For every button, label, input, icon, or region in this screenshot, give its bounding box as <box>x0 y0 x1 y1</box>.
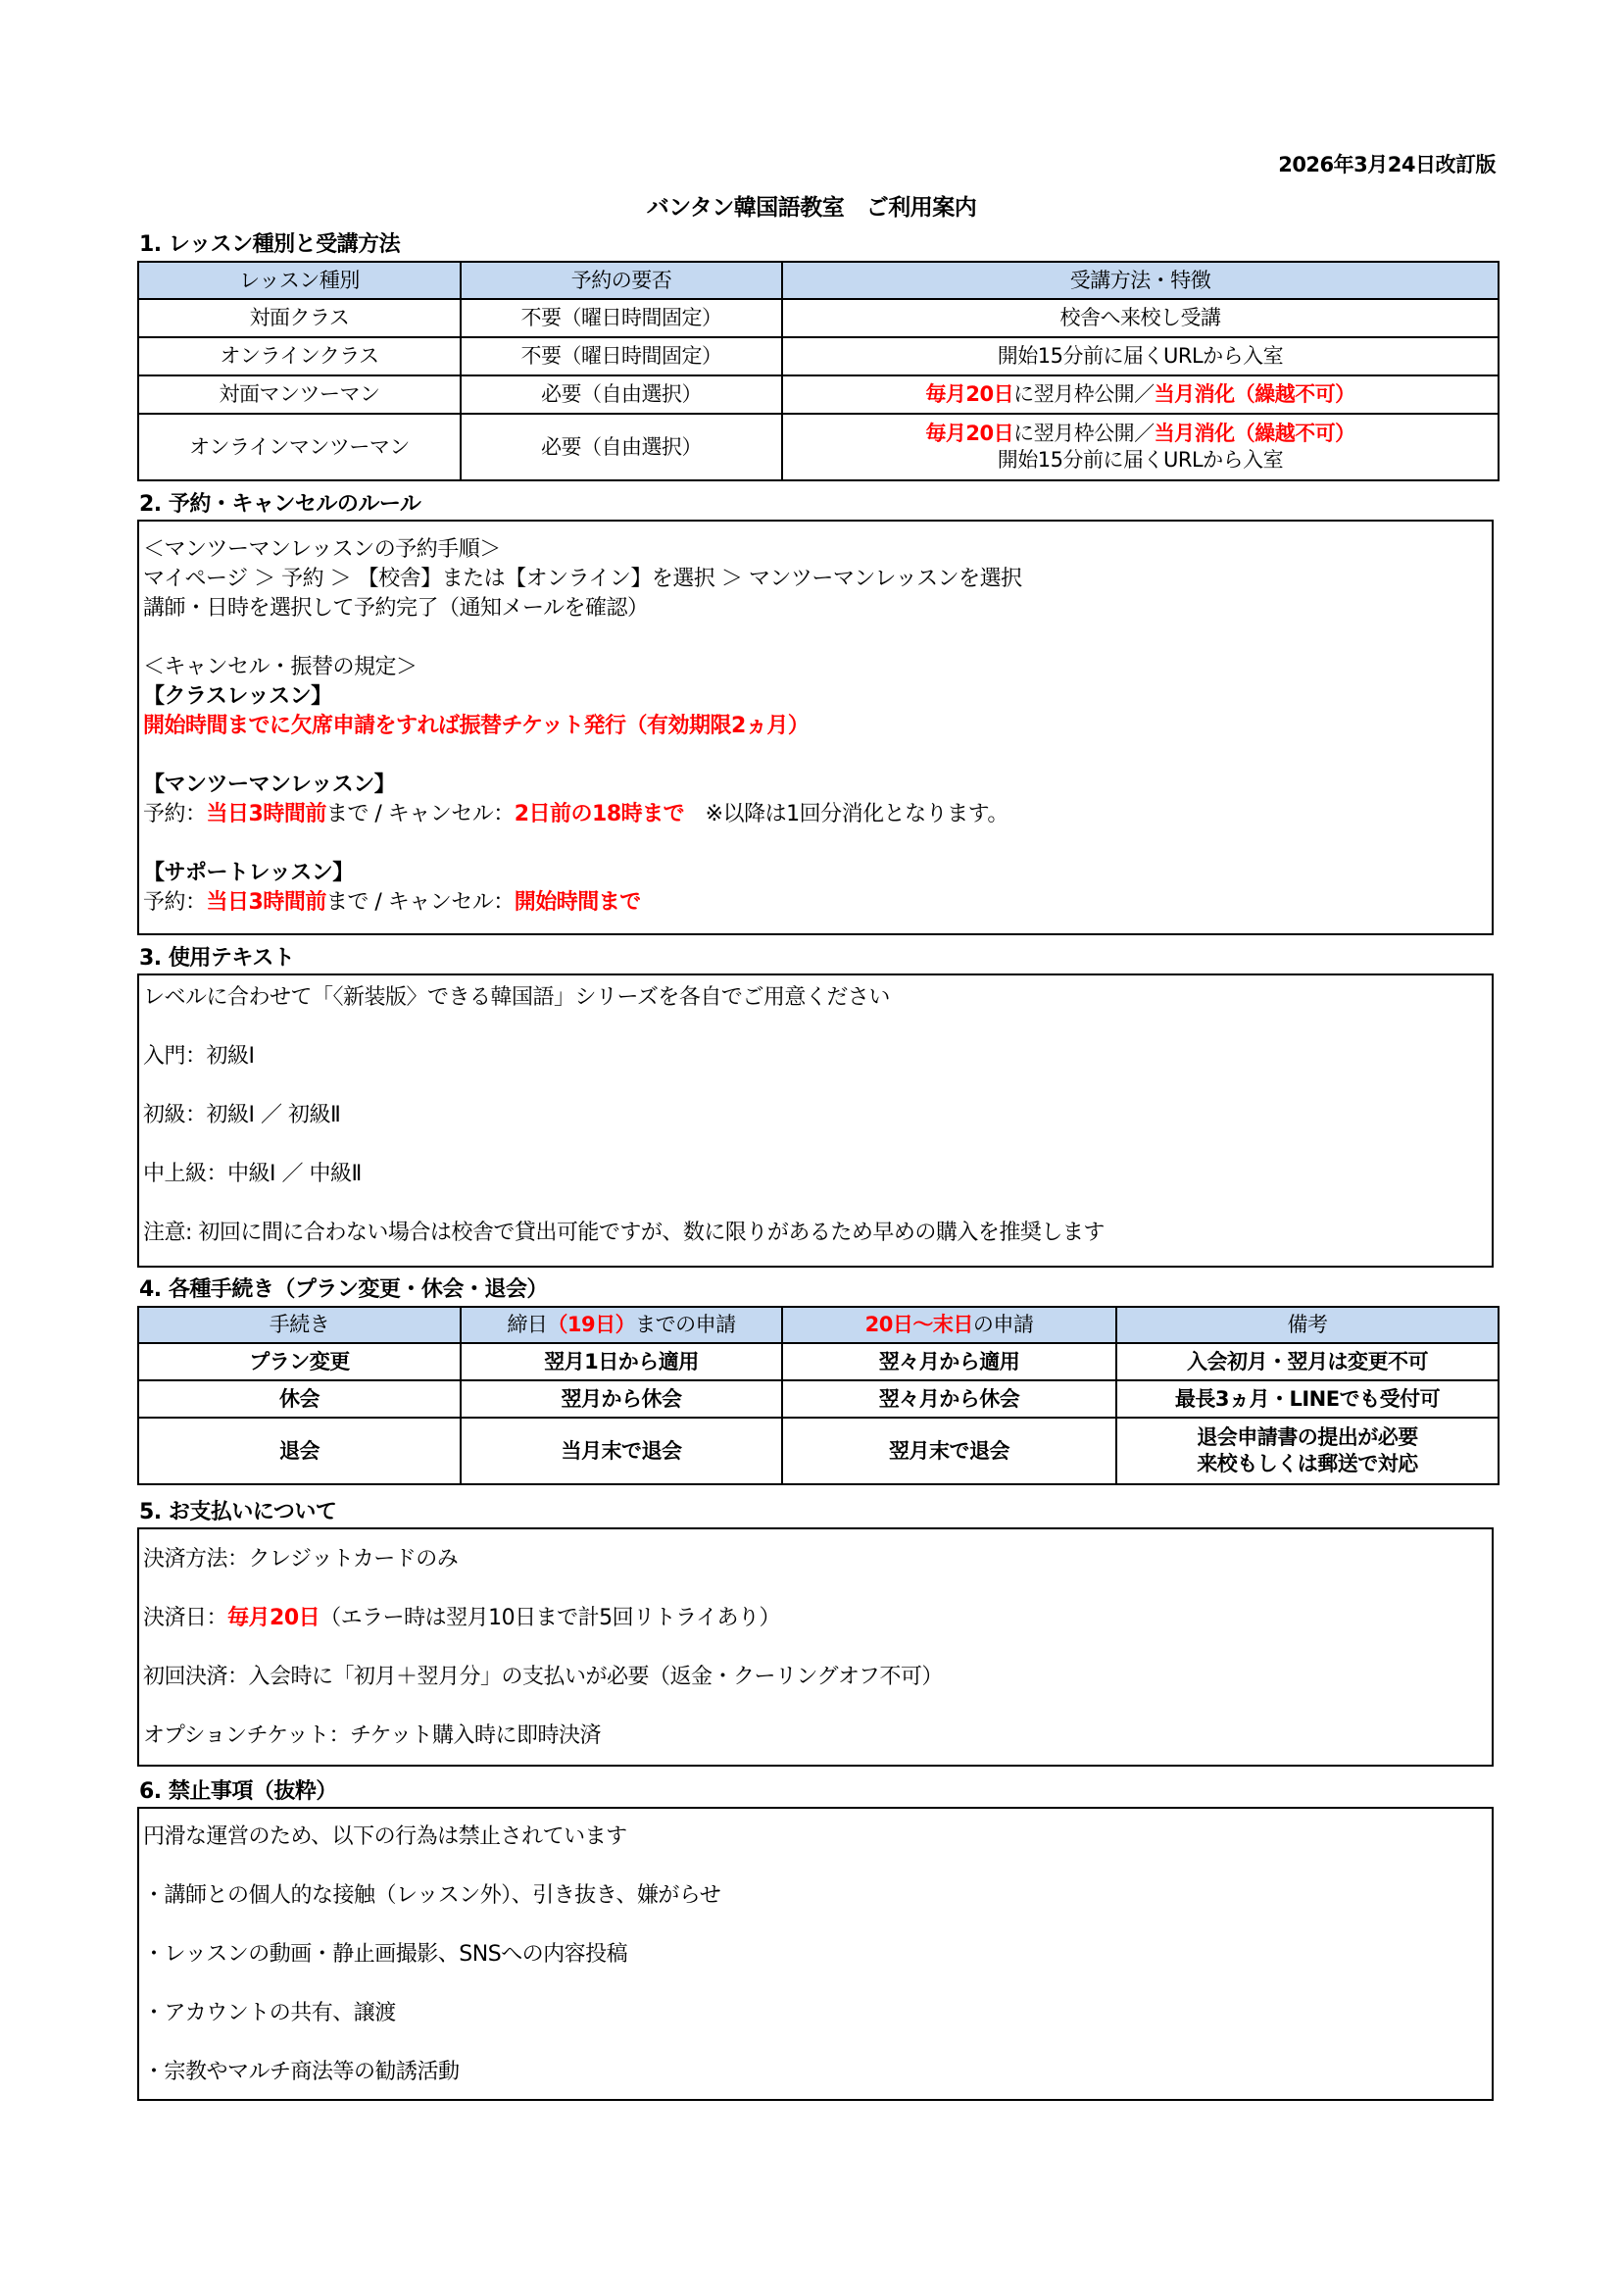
lesson-type: 対面マンツーマン <box>138 375 461 414</box>
section1-heading: 1. レッスン種別と受講方法 <box>139 227 400 258</box>
highlight-text: 開始時間まで <box>515 890 641 915</box>
procedure-line: マイページ ＞ 予約 ＞ 【校舎】または【オンライン】を選択 ＞ マンツーマンレ… <box>143 565 1488 594</box>
lesson-method: 開始15分前に届くURLから入室 <box>782 337 1499 375</box>
textbook-level: 中上級：中級Ⅰ ／ 中級Ⅱ <box>143 1160 1488 1189</box>
table-header-row: 手続き 締日（19日）までの申請 20日〜末日の申請 備考 <box>138 1307 1499 1343</box>
highlight-text: 当日3時間前 <box>207 802 326 826</box>
class-lesson-rule: 開始時間までに欠席申請をすれば振替チケット発行（有効期限2ヵ月） <box>143 712 1488 741</box>
textbook-note: 注意: 初回に間に合わない場合は校舎で貸出可能ですが、数に限りがあるため早めの購… <box>143 1219 1488 1248</box>
revision-date: 2026年3月24日改訂版 <box>1278 149 1496 178</box>
payment-text: （エラー時は翌月10日まで計5回リトライあり） <box>320 1606 780 1630</box>
textbook-box: レベルに合わせて「〈新装版〉できる韓国語」シリーズを各自でご用意ください 入門：… <box>137 973 1494 1268</box>
before-deadline: 翌月から休会 <box>461 1380 782 1418</box>
support-lesson-title: 【サポートレッスン】 <box>143 859 1488 888</box>
highlight-text: 毎月20日 <box>227 1606 320 1630</box>
note: 退会申請書の提出が必要来校もしくは郵送で対応 <box>1116 1418 1499 1484</box>
first-payment: 初回決済：入会時に「初月＋翌月分」の支払いが必要（返金・クーリングオフ不可） <box>143 1663 1488 1692</box>
after-deadline: 翌々月から適用 <box>782 1343 1116 1380</box>
column-header: 手続き <box>138 1307 461 1343</box>
rule-text: まで / キャンセル： <box>326 802 515 826</box>
page-title: バンタン韓国語教室 ご利用案内 <box>0 189 1623 222</box>
highlight-text: 毎月20日 <box>925 382 1013 406</box>
table-row: 休会 翌月から休会 翌々月から休会 最長3ヵ月・LINEでも受付可 <box>138 1380 1499 1418</box>
after-deadline: 翌々月から休会 <box>782 1380 1116 1418</box>
column-header: 受講方法・特徴 <box>782 262 1499 299</box>
rule-text: 予約： <box>143 802 207 826</box>
after-deadline: 翌月末で退会 <box>782 1418 1116 1484</box>
section3-heading: 3. 使用テキスト <box>139 941 294 972</box>
lesson-method: 毎月20日に翌月枠公開／当月消化（繰越不可） <box>782 375 1499 414</box>
before-deadline: 翌月1日から適用 <box>461 1343 782 1380</box>
procedure-line: 講師・日時を選択して予約完了（通知メールを確認） <box>143 594 1488 624</box>
column-header: 締日（19日）までの申請 <box>461 1307 782 1343</box>
option-ticket: オプションチケット：チケット購入時に即時決済 <box>143 1722 1488 1751</box>
column-header: 20日〜末日の申請 <box>782 1307 1116 1343</box>
mtm-lesson-title: 【マンツーマンレッスン】 <box>143 771 1488 800</box>
note-line: 退会申請書の提出が必要 <box>1121 1424 1494 1451</box>
textbook-intro: レベルに合わせて「〈新装版〉できる韓国語」シリーズを各自でご用意ください <box>143 983 1488 1013</box>
method-text: に翌月枠公開／ <box>1013 382 1155 406</box>
header-text: までの申請 <box>635 1313 736 1336</box>
lesson-type: オンラインクラス <box>138 337 461 375</box>
note-line: 来校もしくは郵送で対応 <box>1121 1451 1494 1477</box>
mtm-lesson-rule: 予約：当日3時間前まで / キャンセル：2日前の18時まで ※以降は1回分消化と… <box>143 800 1488 829</box>
before-deadline: 当月末で退会 <box>461 1418 782 1484</box>
support-lesson-rule: 予約：当日3時間前まで / キャンセル：開始時間まで <box>143 888 1488 918</box>
procedure-title: ＜マンツーマンレッスンの予約手順＞ <box>143 535 1488 565</box>
rule-text: まで / キャンセル： <box>326 890 515 915</box>
reservation-required: 不要（曜日時間固定） <box>461 337 782 375</box>
reservation-required: 必要（自由選択） <box>461 414 782 480</box>
payment-date: 決済日：毎月20日（エラー時は翌月10日まで計5回リトライあり） <box>143 1604 1488 1633</box>
reservation-required: 不要（曜日時間固定） <box>461 299 782 337</box>
reservation-rules-box: ＜マンツーマンレッスンの予約手順＞ マイページ ＞ 予約 ＞ 【校舎】または【オ… <box>137 520 1494 935</box>
lesson-types-table: レッスン種別 予約の要否 受講方法・特徴 対面クラス 不要（曜日時間固定） 校舎… <box>137 261 1500 481</box>
column-header: 予約の要否 <box>461 262 782 299</box>
highlight-text: 当日3時間前 <box>207 890 326 915</box>
table-row: プラン変更 翌月1日から適用 翌々月から適用 入会初月・翌月は変更不可 <box>138 1343 1499 1380</box>
rule-text: ※以降は1回分消化となります。 <box>684 802 1008 826</box>
highlight-text: 当月消化（繰越不可） <box>1155 382 1355 406</box>
column-header: レッスン種別 <box>138 262 461 299</box>
header-text: 締日 <box>507 1313 547 1336</box>
table-row: 退会 当月末で退会 翌月末で退会 退会申請書の提出が必要来校もしくは郵送で対応 <box>138 1418 1499 1484</box>
method-text: に翌月枠公開／ <box>1013 422 1155 445</box>
cancel-title: ＜キャンセル・振替の規定＞ <box>143 653 1488 682</box>
procedure-name: 退会 <box>138 1418 461 1484</box>
textbook-level: 入門：初級Ⅰ <box>143 1042 1488 1072</box>
column-header: 備考 <box>1116 1307 1499 1343</box>
payment-box: 決済方法：クレジットカードのみ 決済日：毎月20日（エラー時は翌月10日まで計5… <box>137 1527 1494 1767</box>
textbook-level: 初級：初級Ⅰ ／ 初級Ⅱ <box>143 1101 1488 1130</box>
section2-heading: 2. 予約・キャンセルのルール <box>139 487 420 518</box>
procedure-name: 休会 <box>138 1380 461 1418</box>
reservation-required: 必要（自由選択） <box>461 375 782 414</box>
lesson-method: 校舎へ来校し受講 <box>782 299 1499 337</box>
table-row: 対面マンツーマン 必要（自由選択） 毎月20日に翌月枠公開／当月消化（繰越不可） <box>138 375 1499 414</box>
list-item: ・講師との個人的な接触（レッスン外）、引き抜き、嫌がらせ <box>143 1881 1488 1911</box>
list-item: ・アカウントの共有、譲渡 <box>143 1999 1488 2028</box>
highlight-text: （19日） <box>547 1313 635 1336</box>
highlight-text: 20日〜末日 <box>865 1313 973 1336</box>
table-row: 対面クラス 不要（曜日時間固定） 校舎へ来校し受講 <box>138 299 1499 337</box>
lesson-method: 毎月20日に翌月枠公開／当月消化（繰越不可）開始15分前に届くURLから入室 <box>782 414 1499 480</box>
section6-heading: 6. 禁止事項（抜粋） <box>139 1774 337 1805</box>
list-item: ・宗教やマルチ商法等の勧誘活動 <box>143 2058 1488 2087</box>
table-row: オンラインマンツーマン 必要（自由選択） 毎月20日に翌月枠公開／当月消化（繰越… <box>138 414 1499 480</box>
highlight-text: 2日前の18時まで <box>515 802 684 826</box>
rule-text: 予約： <box>143 890 207 915</box>
section4-heading: 4. 各種手続き（プラン変更・休会・退会） <box>139 1273 548 1303</box>
prohibited-intro: 円滑な運営のため、以下の行為は禁止されています <box>143 1822 1488 1852</box>
highlight-text: 当月消化（繰越不可） <box>1155 422 1355 445</box>
procedure-name: プラン変更 <box>138 1343 461 1380</box>
lesson-type: オンラインマンツーマン <box>138 414 461 480</box>
method-text: 開始15分前に届くURLから入室 <box>787 447 1494 474</box>
lesson-type: 対面クラス <box>138 299 461 337</box>
class-lesson-title: 【クラスレッスン】 <box>143 682 1488 712</box>
procedures-table: 手続き 締日（19日）までの申請 20日〜末日の申請 備考 プラン変更 翌月1日… <box>137 1306 1500 1485</box>
prohibited-box: 円滑な運営のため、以下の行為は禁止されています ・講師との個人的な接触（レッスン… <box>137 1807 1494 2101</box>
table-row: オンラインクラス 不要（曜日時間固定） 開始15分前に届くURLから入室 <box>138 337 1499 375</box>
payment-method: 決済方法：クレジットカードのみ <box>143 1545 1488 1574</box>
header-text: の申請 <box>973 1313 1034 1336</box>
table-header-row: レッスン種別 予約の要否 受講方法・特徴 <box>138 262 1499 299</box>
highlight-text: 毎月20日 <box>925 422 1013 445</box>
payment-text: 決済日： <box>143 1606 227 1630</box>
list-item: ・レッスンの動画・静止画撮影、SNSへの内容投稿 <box>143 1940 1488 1970</box>
note: 入会初月・翌月は変更不可 <box>1116 1343 1499 1380</box>
note: 最長3ヵ月・LINEでも受付可 <box>1116 1380 1499 1418</box>
section5-heading: 5. お支払いについて <box>139 1495 336 1525</box>
